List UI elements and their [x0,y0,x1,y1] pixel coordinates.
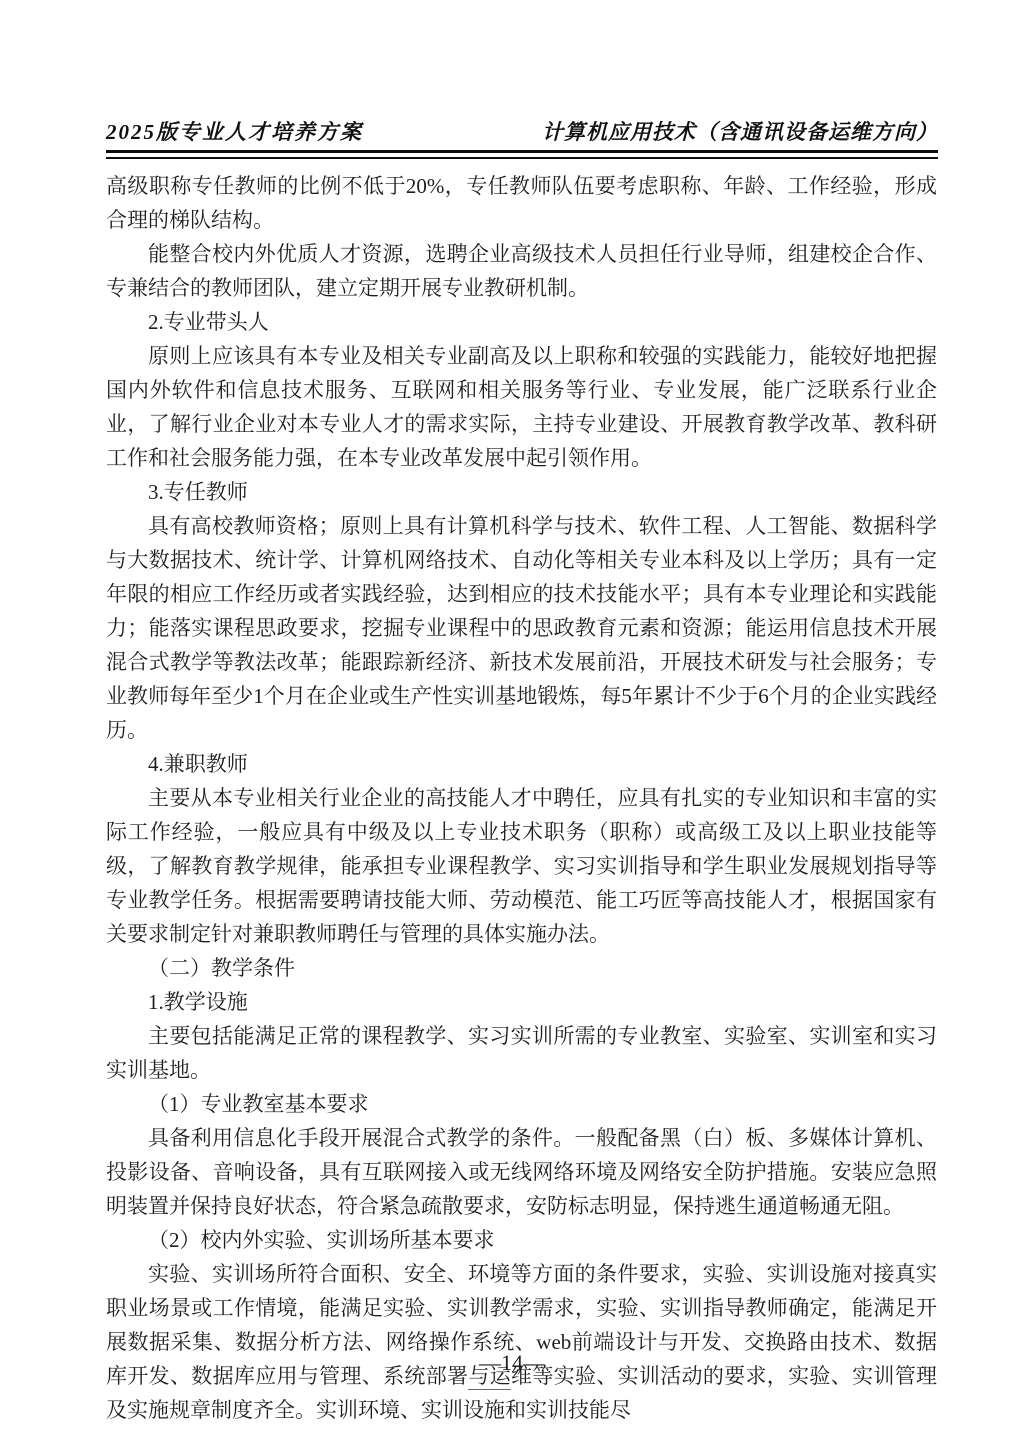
section-heading: （2）校内外实验、实训场所基本要求 [106,1223,937,1257]
paragraph: 具有高校教师资格；原则上具有计算机科学与技术、软件工程、人工智能、数据科学与大数… [106,509,937,747]
paragraph: 具备利用信息化手段开展混合式教学的条件。一般配备黑（白）板、多媒体计算机、投影设… [106,1121,937,1223]
paragraph: 实验、实训场所符合面积、安全、环境等方面的条件要求，实验、实训设施对接真实职业场… [106,1257,937,1427]
document-page: 2025版专业人才培养方案 计算机应用技术（含通讯设备运维方向） 高级职称专任教… [0,0,1024,1448]
page-header: 2025版专业人才培养方案 计算机应用技术（含通讯设备运维方向） [106,116,938,146]
paragraph: 高级职称专任教师的比例不低于20%，专任教师队伍要考虑职称、年龄、工作经验，形成… [106,169,937,237]
section-heading: 2.专业带头人 [106,305,937,339]
header-double-rule [106,150,938,159]
section-heading: 4.兼职教师 [106,747,937,781]
paragraph: 能整合校内外优质人才资源，选聘企业高级技术人员担任行业导师，组建校企合作、专兼结… [106,237,937,305]
paragraph: 主要包括能满足正常的课程教学、实习实训所需的专业教室、实验室、实训室和实习实训基… [106,1019,937,1087]
page-number: —14— [479,1350,545,1375]
paragraph: 原则上应该具有本专业及相关专业副高及以上职称和较强的实践能力，能较好地把握国内外… [106,339,937,475]
section-heading: 3.专任教师 [106,475,937,509]
document-body: 高级职称专任教师的比例不低于20%，专任教师队伍要考虑职称、年龄、工作经验，形成… [106,169,937,1427]
page-footer: —14— [0,1350,1024,1376]
section-heading: （二）教学条件 [106,951,937,985]
section-heading: （1）专业教室基本要求 [106,1087,937,1121]
header-right-title: 计算机应用技术（含通讯设备运维方向） [542,116,938,146]
section-heading: 1.教学设施 [106,985,937,1019]
header-left-title: 2025版专业人才培养方案 [106,116,363,146]
paragraph: 主要从本专业相关行业企业的高技能人才中聘任，应具有扎实的专业知识和丰富的实际工作… [106,781,937,951]
